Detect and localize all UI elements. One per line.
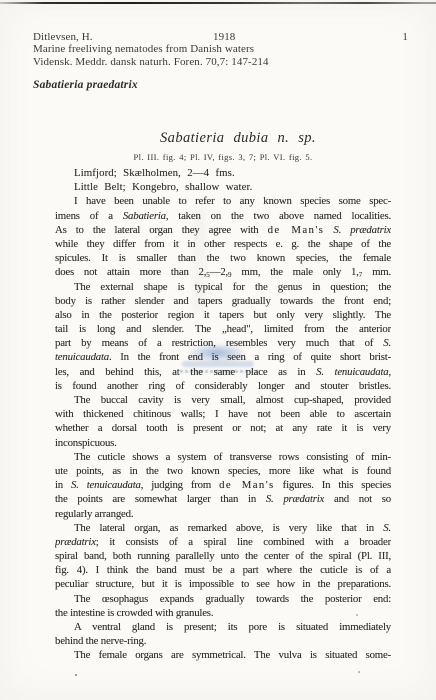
body-line: peculiar structure, but it is impossible… [55, 577, 391, 591]
text-segment: the points are somewhat larger than in [55, 493, 266, 505]
text-segment: The œsophagus expands gradually towards … [74, 593, 391, 605]
text-segment: behind the nerve-ring. [55, 635, 146, 647]
text-segment: imens of a [55, 210, 123, 222]
header-row: Ditlevsen, H. 1918 1 [33, 31, 410, 43]
text-segment: fig. 4). I think the band must be a part… [55, 564, 391, 576]
text-segment: de Man's [219, 479, 275, 491]
body-line: the points are somewhat larger than in S… [55, 492, 391, 506]
text-segment: whether a dorsal tooth is present or not… [55, 422, 391, 434]
body-line: does not attain more than 2,5—2,9 mm, th… [55, 265, 391, 279]
text-segment: body is rather slender and tapers gradua… [55, 295, 391, 307]
page-number: 1 [402, 31, 408, 43]
body-line: is found another ring of considerably lo… [55, 379, 391, 393]
text-segment: Sabatieria [123, 210, 166, 222]
text-segment: The lateral organ, as remarked above, is… [74, 522, 383, 534]
body-line: I have been unable to refer to any known… [55, 194, 391, 208]
body-line: part by means of a restriction, resemble… [55, 336, 391, 350]
scanned-paper-page: Ditlevsen, H. 1918 1 Marine freeliving n… [0, 0, 436, 700]
text-segment: S. prædatrix [333, 224, 391, 236]
text-segment: , judging from [141, 479, 219, 491]
text-segment: As to the lateral organ they agree with [55, 224, 268, 236]
text-segment: inconspicuous. [55, 437, 117, 449]
text-segment: figures. In this species [275, 479, 391, 491]
text-segment: —2, [210, 266, 228, 278]
article-title: Sabatieria dubia n. sp. [55, 130, 391, 147]
body-line: tenuicaudata. In the front end is seen a… [55, 350, 391, 364]
text-segment: Limfjord; Skælholmen, 2—4 fms. [74, 167, 235, 179]
work-title: Marine freeliving nematodes from Danish … [33, 43, 254, 55]
text-segment: les, and behind this, at the same place … [55, 366, 316, 378]
text-segment: The cuticle shows a system of transverse… [74, 451, 391, 463]
body-line: imens of a Sabatieria, taken on the two … [55, 209, 391, 223]
locality-line: Limfjord; Skælholmen, 2—4 fms. [55, 166, 391, 180]
text-segment: I have been unable to refer to any known… [74, 195, 391, 207]
text-segment: while they differ from it in other respe… [55, 238, 391, 250]
text-segment: A ventral gland is present; its pore is … [74, 621, 391, 633]
text-segment: Little Belt; Kongebro, shallow water. [74, 181, 252, 193]
text-segment: part by means of a restriction, resemble… [55, 337, 383, 349]
text-segment: mm. [362, 266, 391, 278]
text-segment: S. tenuicaudata [71, 479, 141, 491]
body-line: As to the lateral organ they agree with … [55, 223, 391, 237]
text-segment: The female organs are symmetrical. The v… [74, 649, 391, 661]
text-segment: is found another ring of considerably lo… [55, 380, 391, 392]
text-segment: S. prædatrix [266, 493, 324, 505]
body-line: The external shape is typical for the ge… [55, 280, 391, 294]
body-line: spicules. It is smaller than the two kno… [55, 251, 391, 265]
body-line: tail is long and slender. The „head", li… [55, 322, 391, 336]
text-segment: spicules. It is smaller than the two kno… [55, 252, 391, 264]
text-segment: does not attain more than 2, [55, 266, 206, 278]
text-segment: tenuicaudata [55, 351, 109, 363]
body-line: ute points, as in the two known species,… [55, 464, 391, 478]
text-segment: in [55, 479, 71, 491]
text-segment: also in the posterior region it tapers b… [55, 309, 391, 321]
author: Ditlevsen, H. [33, 31, 93, 43]
body-line: The female organs are symmetrical. The v… [55, 648, 391, 662]
body-line: while they differ from it in other respe… [55, 237, 391, 251]
body-line: The cuticle shows a system of transverse… [55, 450, 391, 464]
body-line: The œsophagus expands gradually towards … [55, 592, 391, 606]
body-line: The buccal cavity is very small, almost … [55, 393, 391, 407]
text-segment: tail is long and slender. The „head", li… [55, 323, 391, 335]
text-segment: de Man's [268, 224, 325, 236]
text-segment: , taken on the two above named localitie… [166, 210, 391, 222]
text-segment: ute points, as in the two known species,… [55, 465, 391, 477]
text-segment: peculiar structure, but it is impossible… [55, 578, 391, 590]
body-line: in S. tenuicaudata, judging from de Man'… [55, 478, 391, 492]
body-line: A ventral gland is present; its pore is … [55, 620, 391, 634]
body-line: body is rather slender and tapers gradua… [55, 294, 391, 308]
text-segment: mm, the male only 1, [232, 266, 359, 278]
body-line: also in the posterior region it tapers b… [55, 308, 391, 322]
scan-speck [358, 671, 360, 673]
reference-header: Ditlevsen, H. 1918 1 Marine freeliving n… [33, 31, 410, 68]
body-line: behind the nerve-ring. [55, 634, 391, 648]
text-segment: S. [383, 522, 391, 534]
body-line: spiral band, both running parallelly unt… [55, 549, 391, 563]
scan-speck [356, 614, 358, 616]
text-segment: The buccal cavity is very small, almost … [74, 394, 391, 406]
text-segment: and not so [324, 493, 391, 505]
body-line: les, and behind this, at the same place … [55, 365, 391, 379]
body-line: whether a dorsal tooth is present or not… [55, 421, 391, 435]
text-segment: the intestine is crowded with granules. [55, 607, 213, 619]
text-segment: S. [383, 337, 391, 349]
text-segment: ; it consists of a spiral line combined … [96, 536, 391, 548]
text-segment: with thickened chitinous walls; I have n… [55, 408, 391, 420]
text-segment: spiral band, both running parallelly unt… [55, 550, 391, 562]
text-segment: The external shape is typical for the ge… [74, 281, 391, 293]
locality-line: Little Belt; Kongebro, shallow water. [55, 180, 391, 194]
body-line: The lateral organ, as remarked above, is… [55, 521, 391, 535]
citation: Vidensk. Meddr. dansk naturh. Foren. 70,… [33, 56, 269, 68]
publication-year: 1918 [213, 31, 235, 43]
species-label: Sabatieria praedatrix [33, 79, 138, 91]
body-line: the intestine is crowded with granules. [55, 606, 391, 620]
text-segment: prædatrix [55, 536, 96, 548]
text-segment: regularly arranged. [55, 508, 133, 520]
body-line: fig. 4). I think the band must be a part… [55, 563, 391, 577]
body-line: inconspicuous. [55, 436, 391, 450]
figures-caption: Pl. III. fig. 4; Pl. IV, figs. 3, 7; Pl.… [45, 152, 401, 162]
scan-edge-line [0, 2, 436, 4]
text-segment: , [389, 366, 392, 378]
text-segment: S. tenuicaudata [316, 366, 388, 378]
body-line: prædatrix; it consists of a spiral line … [55, 535, 391, 549]
body-line: regularly arranged. [55, 507, 391, 521]
article-body: Limfjord; Skælholmen, 2—4 fms.Little Bel… [55, 166, 391, 663]
scan-speck [75, 674, 77, 676]
text-segment: . In the front end is seen a ring of qui… [109, 351, 391, 363]
body-line: with thickened chitinous walls; I have n… [55, 407, 391, 421]
